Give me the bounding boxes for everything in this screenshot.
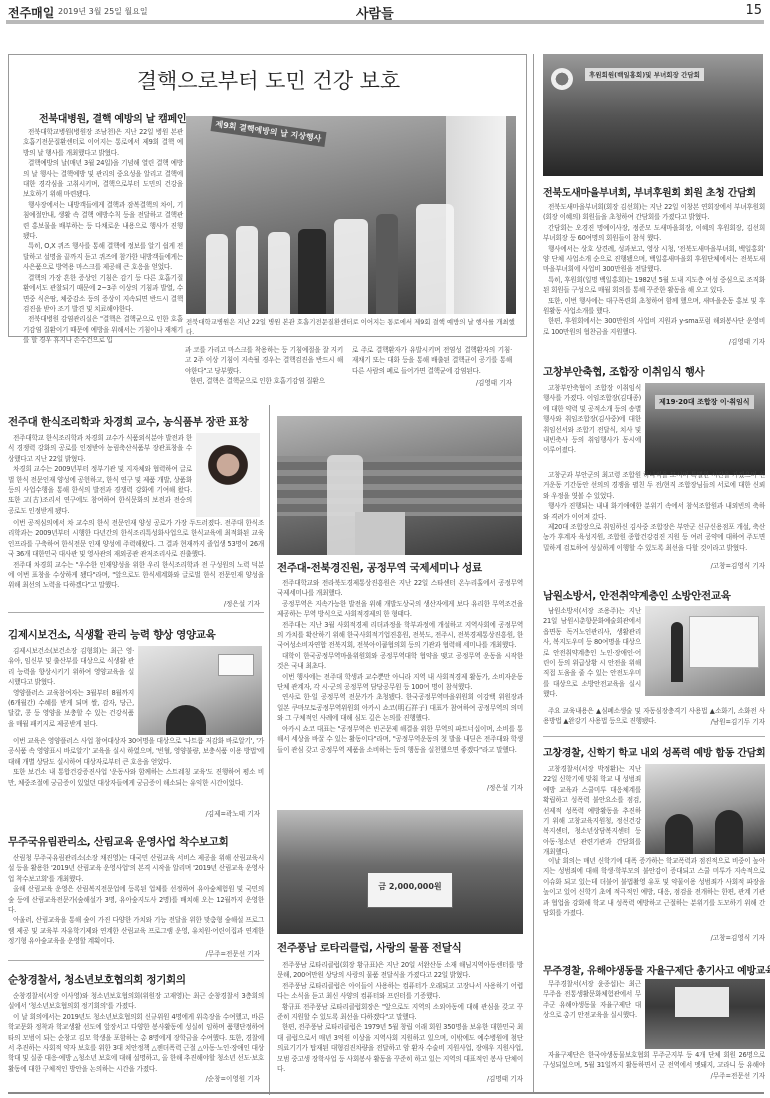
portrait-photo xyxy=(196,433,260,517)
issue-date: 2019년 3월 25일 월요일 xyxy=(58,6,148,17)
rotary-photo: 금 2,000,000원 xyxy=(277,810,523,934)
paragraph: 간담회는 오경진 명예이사장, 정준모 도새마을회장, 이혜의 후원회장, 김선… xyxy=(543,223,765,244)
article-headline: 전북도새마을부녀회, 부녀후원회 회원 초청 간담회 xyxy=(543,184,756,199)
paragraph: 아울러, 산림교육을 통해 숲이 가진 다양한 가치와 기능 전달을 위한 맞춤… xyxy=(8,915,264,946)
paragraph: 결핵예방의 날(매년 3월 24일)을 기념해 열린 결핵 예방의 날 행사는 … xyxy=(23,158,183,200)
figure xyxy=(665,814,693,854)
photo-banner: 후원회원(백일홍회)및 부녀회장 간담회 xyxy=(585,68,704,81)
header-rule xyxy=(6,20,764,24)
paragraph: 또한 보건소 내 통합건강증진사업 '운동사와 함께하는 스트레칭 교육'도 진… xyxy=(8,767,264,788)
paragraph: 전주대 차경희 교수는 "우수한 인재양성을 위한 우리 한식조리학과 전 구성… xyxy=(8,560,264,591)
paragraph: 전주풍남 로타리클럽은 아이들이 사용하는 컴퓨터가 오래되고 고장나서 사용하… xyxy=(277,981,523,1002)
paragraph: 이 날 회의에서는 2019년도 청소년보호협의회 신규위원 4명에게 위촉장을… xyxy=(8,1012,264,1074)
byline: /김영태 기자 xyxy=(543,336,765,346)
meeting-photo xyxy=(645,764,765,854)
paragraph: 한편, 전주풍남 로타리클럽은 1979년 5월 창립 이래 회원 350명을 … xyxy=(277,1022,523,1074)
photo-banner: 제19·20대 조합장 이·취임식 xyxy=(655,395,754,409)
article-body: 산림청 무주국유림관리소(소장 채진영)는 대국민 산림교육 서비스 제공을 위… xyxy=(8,853,264,947)
article-body: 순창경찰서(서장 이사영)와 청소년보호협의회(위원장 고재영)는 최근 순창경… xyxy=(8,991,264,1074)
paragraph: 고창부안축협이 조합장 이취임식 행사를 가졌다. 이임조합장(김대종)에 대한… xyxy=(543,383,641,456)
paragraph: 차경희 교수는 2009년부터 정부기관 및 지자체와 협력하여 글로벌 한식 … xyxy=(8,464,192,516)
paragraph: 무주경찰서(서장 윤종섭)는 최근 무주읍 전통생활문화체험관에서 무주군 유해… xyxy=(543,979,641,1021)
paragraph: 특히, 후원회(일명 백일홍회)는 1982년 5월 도내 지도층 여성 중심으… xyxy=(543,275,765,296)
byline: /무주=전문선 기자 xyxy=(543,1070,765,1080)
byline: /순창=이영원 기자 xyxy=(8,1073,260,1083)
paragraph: 자율구제단은 한국야생동물보호협회 무주군지부 등 4개 단체 회원 26명으로… xyxy=(543,1050,765,1070)
projection-screen xyxy=(689,616,759,668)
lead-headline: 전북대병원, 결핵 예방의 날 캠페인 xyxy=(39,110,186,125)
article-headline: 전주대 한식조리학과 차경희 교수, 농식품부 장관 표창 xyxy=(8,414,248,429)
article-headline: 전주대-전북경진원, 공정무역 국제세미나 성료 xyxy=(277,560,482,575)
figure xyxy=(268,232,290,314)
window-area xyxy=(446,116,506,314)
paragraph: 전주대학교 한식조리학과 차경희 교수가 식품외식분야 발전과 한식 경쟁력 강… xyxy=(8,433,192,464)
paragraph: 순창경찰서(서장 이사영)와 청소년보호협의회(위원장 고재영)는 최근 순창경… xyxy=(8,991,264,1012)
article-body: 고창부안축협이 조합장 이취임식 행사를 가졌다. 이임조합장(김대종)에 대한… xyxy=(543,383,641,456)
paragraph: 제20대 조합장으로 취임하신 김사중 조합장은 부안군 신규신용점포 개설, … xyxy=(543,522,765,553)
article-body: 전주대학교 한식조리학과 차경희 교수가 식품외식분야 발전과 한식 경쟁력 강… xyxy=(8,433,192,516)
divider xyxy=(543,736,765,737)
article-headline: 고창부안축협, 조합장 이취임식 행사 xyxy=(543,364,704,379)
article-body-cont: 자율구제단은 한국야생동물보호협회 무주군지부 등 4개 단체 회원 26명으로… xyxy=(543,1050,765,1070)
byline: /김제=곽노태 기자 xyxy=(8,808,260,818)
paragraph: 전북도새마을부녀회(회장 김선희)는 지난 22일 이창본 연회장에서 부녀후원… xyxy=(543,202,765,223)
figure xyxy=(416,204,454,314)
article-body-cont: 고창군과 부안군의 최고령 조합원 하나씩을 모시며 특별한 시간을 가졌으며 … xyxy=(543,470,765,553)
paragraph: 전주풍남 로타리클럽(회장 황규표)은 지난 20일 서완산동 소재 해님지역아… xyxy=(277,960,523,981)
article-body: 전주풍남 로타리클럽(회장 황규표)은 지난 20일 서완산동 소재 해님지역아… xyxy=(277,960,523,1074)
article-body-cont: 이번 교육은 영양플러스 사업 참여대상자 30여명을 대상으로 '나트륨 저감… xyxy=(8,736,264,788)
article-body: 전북도새마을부녀회(회장 김선희)는 지난 22일 이창본 연회장에서 부녀후원… xyxy=(543,202,765,337)
saemaul-photo: 후원회원(백일홍회)및 부녀회장 간담회 xyxy=(543,54,763,176)
paragraph: 한편, 결핵은 결핵균으로 인한 호흡기감염 질환으 xyxy=(185,376,343,386)
byline: /고창=김영식 기자 xyxy=(543,560,765,570)
flag xyxy=(551,68,573,90)
paragraph: 한편, 후원회에서는 300만원의 사업비 지원과 y-sma포럼 해외봉사단 … xyxy=(543,316,765,337)
seminar-photo xyxy=(277,416,522,555)
paragraph: 이번 행사에는 전주대 학생과 교수뿐만 아니라 지역 내 사회적경제 활동가,… xyxy=(277,672,523,693)
footer-rule xyxy=(8,1092,764,1094)
paragraph: 행사가 진행되는 내내 화기애애한 분위기 속에서 참석조합원과 내외빈의 축하… xyxy=(543,501,765,522)
projection-screen xyxy=(218,654,254,676)
paragraph: 연사로 한·일 공정무역 전문가가 초청됐다. 한국공정무역마을위원회 이강백 … xyxy=(277,692,523,723)
classroom-photo xyxy=(138,646,262,735)
byline: /정은설 기자 xyxy=(8,598,260,608)
figure xyxy=(298,229,326,314)
paragraph: 아카시 쇼코 대표는 "공정무역은 빈곤문제 해결을 위한 무역의 파트너십이며… xyxy=(277,724,523,755)
lead-caption: 전북대학교병원은 지난 22일 병원 본관 호흡기전문질환센터로 이어지는 통로… xyxy=(186,317,521,337)
podium xyxy=(355,512,405,555)
article-headline: 무주경찰, 유해야생동물 자율구제단 총기사고 예방교육 xyxy=(543,962,770,977)
byline: /무주=전문선 기자 xyxy=(8,948,260,958)
paragraph: 산림청 무주국유림관리소(소장 채진영)는 대국민 산림교육 서비스 제공을 위… xyxy=(8,853,264,884)
paragraph: 전주대는 지난 3월 사회적경제 리더과정을 학부과정에 개설하고 지역사회에 … xyxy=(277,620,523,651)
article-body: 고창경찰서(서장 박정환)는 지난 22일 신학기에 맞춰 학교 내 성범죄 예… xyxy=(543,764,641,858)
figure xyxy=(334,219,368,314)
paragraph: 이번 공적심의에서 차 교수의 한식 전문인재 양성 공로가 가장 두드러졌다.… xyxy=(8,518,264,560)
paragraph: 특히, O,X 퀴즈 행사를 통해 결핵에 정보를 알기 쉽게 전달하고 설명을… xyxy=(23,241,183,272)
lead-body: 전북대학교병원(병원장 조남천)은 지난 22일 병원 본관 호흡기전문질환센터… xyxy=(23,127,183,346)
article-headline: 순창경찰서, 청소년보호협의회 정기회의 xyxy=(8,972,186,987)
article-body: 김제시보건소(보건소장 김형회)는 최근 영·유아, 임신부 및 출산부를 대상… xyxy=(8,646,134,740)
article-body: 남원소방서(서장 조용주)는 지난 21일 남원시춘향문화예술회관에서 읍면동 … xyxy=(543,606,641,700)
column-divider xyxy=(533,54,534,1094)
ceremony-photo: 제19·20대 조합장 이·취임식 xyxy=(645,383,765,475)
paragraph: 결핵의 가장 흔한 증상인 기침은 감기 등 다른 호흡기질환에서도 관찰되기 … xyxy=(23,273,183,315)
article-body-cont: 이날 회의는 매년 신학기에 대폭 증가하는 학교폭력과 점진적으로 비중이 높… xyxy=(543,856,765,918)
lead-col3: 로 주로 결핵환자가 유발시키며 전염성 결핵환자의 기침·재채기 또는 대화 … xyxy=(352,345,512,376)
lead-col2: 과 코를 가리고 마스크를 착용하는 등 기침예절을 잘 지키고 2주 이상 기… xyxy=(185,345,343,387)
divider xyxy=(8,960,264,961)
paragraph: 올해 산림교육 운영은 산림복지전문업에 등록된 업체를 선정하여 유아숲체험원… xyxy=(8,884,264,915)
paragraph: 공정무역은 지속가능한 발전을 위해 개발도상국의 생산자에게 보다 유리한 무… xyxy=(277,599,523,620)
divider xyxy=(8,612,264,613)
figure xyxy=(236,226,258,314)
instructor xyxy=(671,622,683,682)
byline: /정은설 기자 xyxy=(277,782,523,792)
donation-board: 금 2,000,000원 xyxy=(367,872,453,908)
auditorium-photo xyxy=(645,979,765,1049)
byline: /김명태 기자 xyxy=(277,1073,523,1083)
paragraph: 이날 회의는 매년 신학기에 대폭 증가하는 학교폭력과 점진적으로 비중이 높… xyxy=(543,856,765,918)
paragraph: 전주대학교와 전라북도경제통상진흥원은 지난 22일 스타센터 온누리홀에서 공… xyxy=(277,578,523,599)
paragraph: 김제시보건소(보건소장 김형회)는 최근 영·유아, 임신부 및 출산부를 대상… xyxy=(8,646,134,688)
article-headline: 무주국유림관리소, 산림교육 운영사업 착수보고회 xyxy=(8,834,228,849)
article-body: 무주경찰서(서장 윤종섭)는 최근 무주읍 전통생활문화체험관에서 무주군 유해… xyxy=(543,979,641,1021)
paragraph: 고창경찰서(서장 박정환)는 지난 22일 신학기에 맞춰 학교 내 성범죄 예… xyxy=(543,764,641,858)
page-number: 15 xyxy=(745,3,762,18)
figure xyxy=(206,234,228,314)
lead-story-box: 결핵으로부터 도민 건강 보호 전북대병원, 결핵 예방의 날 캠페인 전북대학… xyxy=(8,54,527,337)
paragraph: 황규표 전주풍남 로타리클럽회장은 "앞으로도 지역의 소외아동에 대해 관심을… xyxy=(277,1002,523,1023)
column-divider xyxy=(269,405,270,1095)
fire-training-photo xyxy=(645,606,765,696)
paragraph: 전북대학교병원(병원장 조남천)은 지난 22일 병원 본관 호흡기전문질환센터… xyxy=(23,127,183,158)
paragraph: 과 코를 가리고 마스크를 착용하는 등 기침예절을 잘 지키고 2주 이상 기… xyxy=(185,345,343,376)
article-body: 전주대학교와 전라북도경제통상진흥원은 지난 22일 스타센터 온누리홀에서 공… xyxy=(277,578,523,755)
article-headline: 남원소방서, 안전취약계층인 소방안전교육 xyxy=(543,588,731,603)
newspaper-name: 전주매일 xyxy=(8,4,54,21)
figure xyxy=(376,214,398,314)
byline: /남원=김기두 기자 xyxy=(543,716,765,726)
figure xyxy=(715,810,743,854)
paragraph: 행사에서는 상호 상견례, 성과보고, 영상 시청, '전북도새마을부녀회, 백… xyxy=(543,244,765,275)
article-body-cont: 이번 공적심의에서 차 교수의 한식 전문인재 양성 공로가 가장 두드러졌다.… xyxy=(8,518,264,591)
lead-photo: 제9회 결핵예방의 날 지상행사 xyxy=(186,116,516,314)
paragraph: 행사장에서는 내방객들에게 결핵과 잠복결핵의 차이, 기침예절안내, 생활 속… xyxy=(23,200,183,242)
paragraph: 로 주로 결핵환자가 유발시키며 전염성 결핵환자의 기침·재채기 또는 대화 … xyxy=(352,345,512,376)
paragraph: 영양플러스 교육참여자는 3월부터 8월까지(6개월간) 수혜를 받게 되며 쌀… xyxy=(8,688,134,740)
article-headline: 김제시보건소, 식생활 관리 능력 향상 영양교육 xyxy=(8,627,215,642)
byline: /고창=김영식 기자 xyxy=(543,932,765,942)
paragraph: 고창군과 부안군의 최고령 조합원 하나씩을 모시며 특별한 시간을 가졌으며 … xyxy=(543,470,765,501)
paragraph: 대학이 한국공정무역마을위원회와 공정무역대학 협약을 맺고 공정무역 운동을 … xyxy=(277,651,523,672)
seats xyxy=(277,456,522,516)
figure xyxy=(166,705,206,735)
article-headline: 고창경찰, 신학기 학교 내외 성폭력 예방 합동 간담회 xyxy=(543,744,765,759)
photo-banner: 제9회 결핵예방의 날 지상행사 xyxy=(211,116,327,147)
paragraph: 남원소방서(서장 조용주)는 지난 21일 남원시춘향문화예술회관에서 읍면동 … xyxy=(543,606,641,700)
paragraph: 이번 교육은 영양플러스 사업 참여대상자 30여명을 대상으로 '나트륨 저감… xyxy=(8,736,264,767)
paragraph: 전북대병원 감염관리실은 "결핵은 결핵균으로 인한 호흡기감염 질환이기 때문… xyxy=(23,314,183,345)
article-headline: 전주풍남 로타리클럽, 사랑의 물품 전달식 xyxy=(277,940,461,955)
projection-screen xyxy=(675,987,729,1017)
paragraph: 또한, 이번 행사에는 대구목련회 초청하여 함께 했으며, 새마을운동 홍보 … xyxy=(543,296,765,317)
banner-title: 결핵으로부터 도민 건강 보호 xyxy=(9,65,528,95)
byline: /김영태 기자 xyxy=(352,377,512,387)
